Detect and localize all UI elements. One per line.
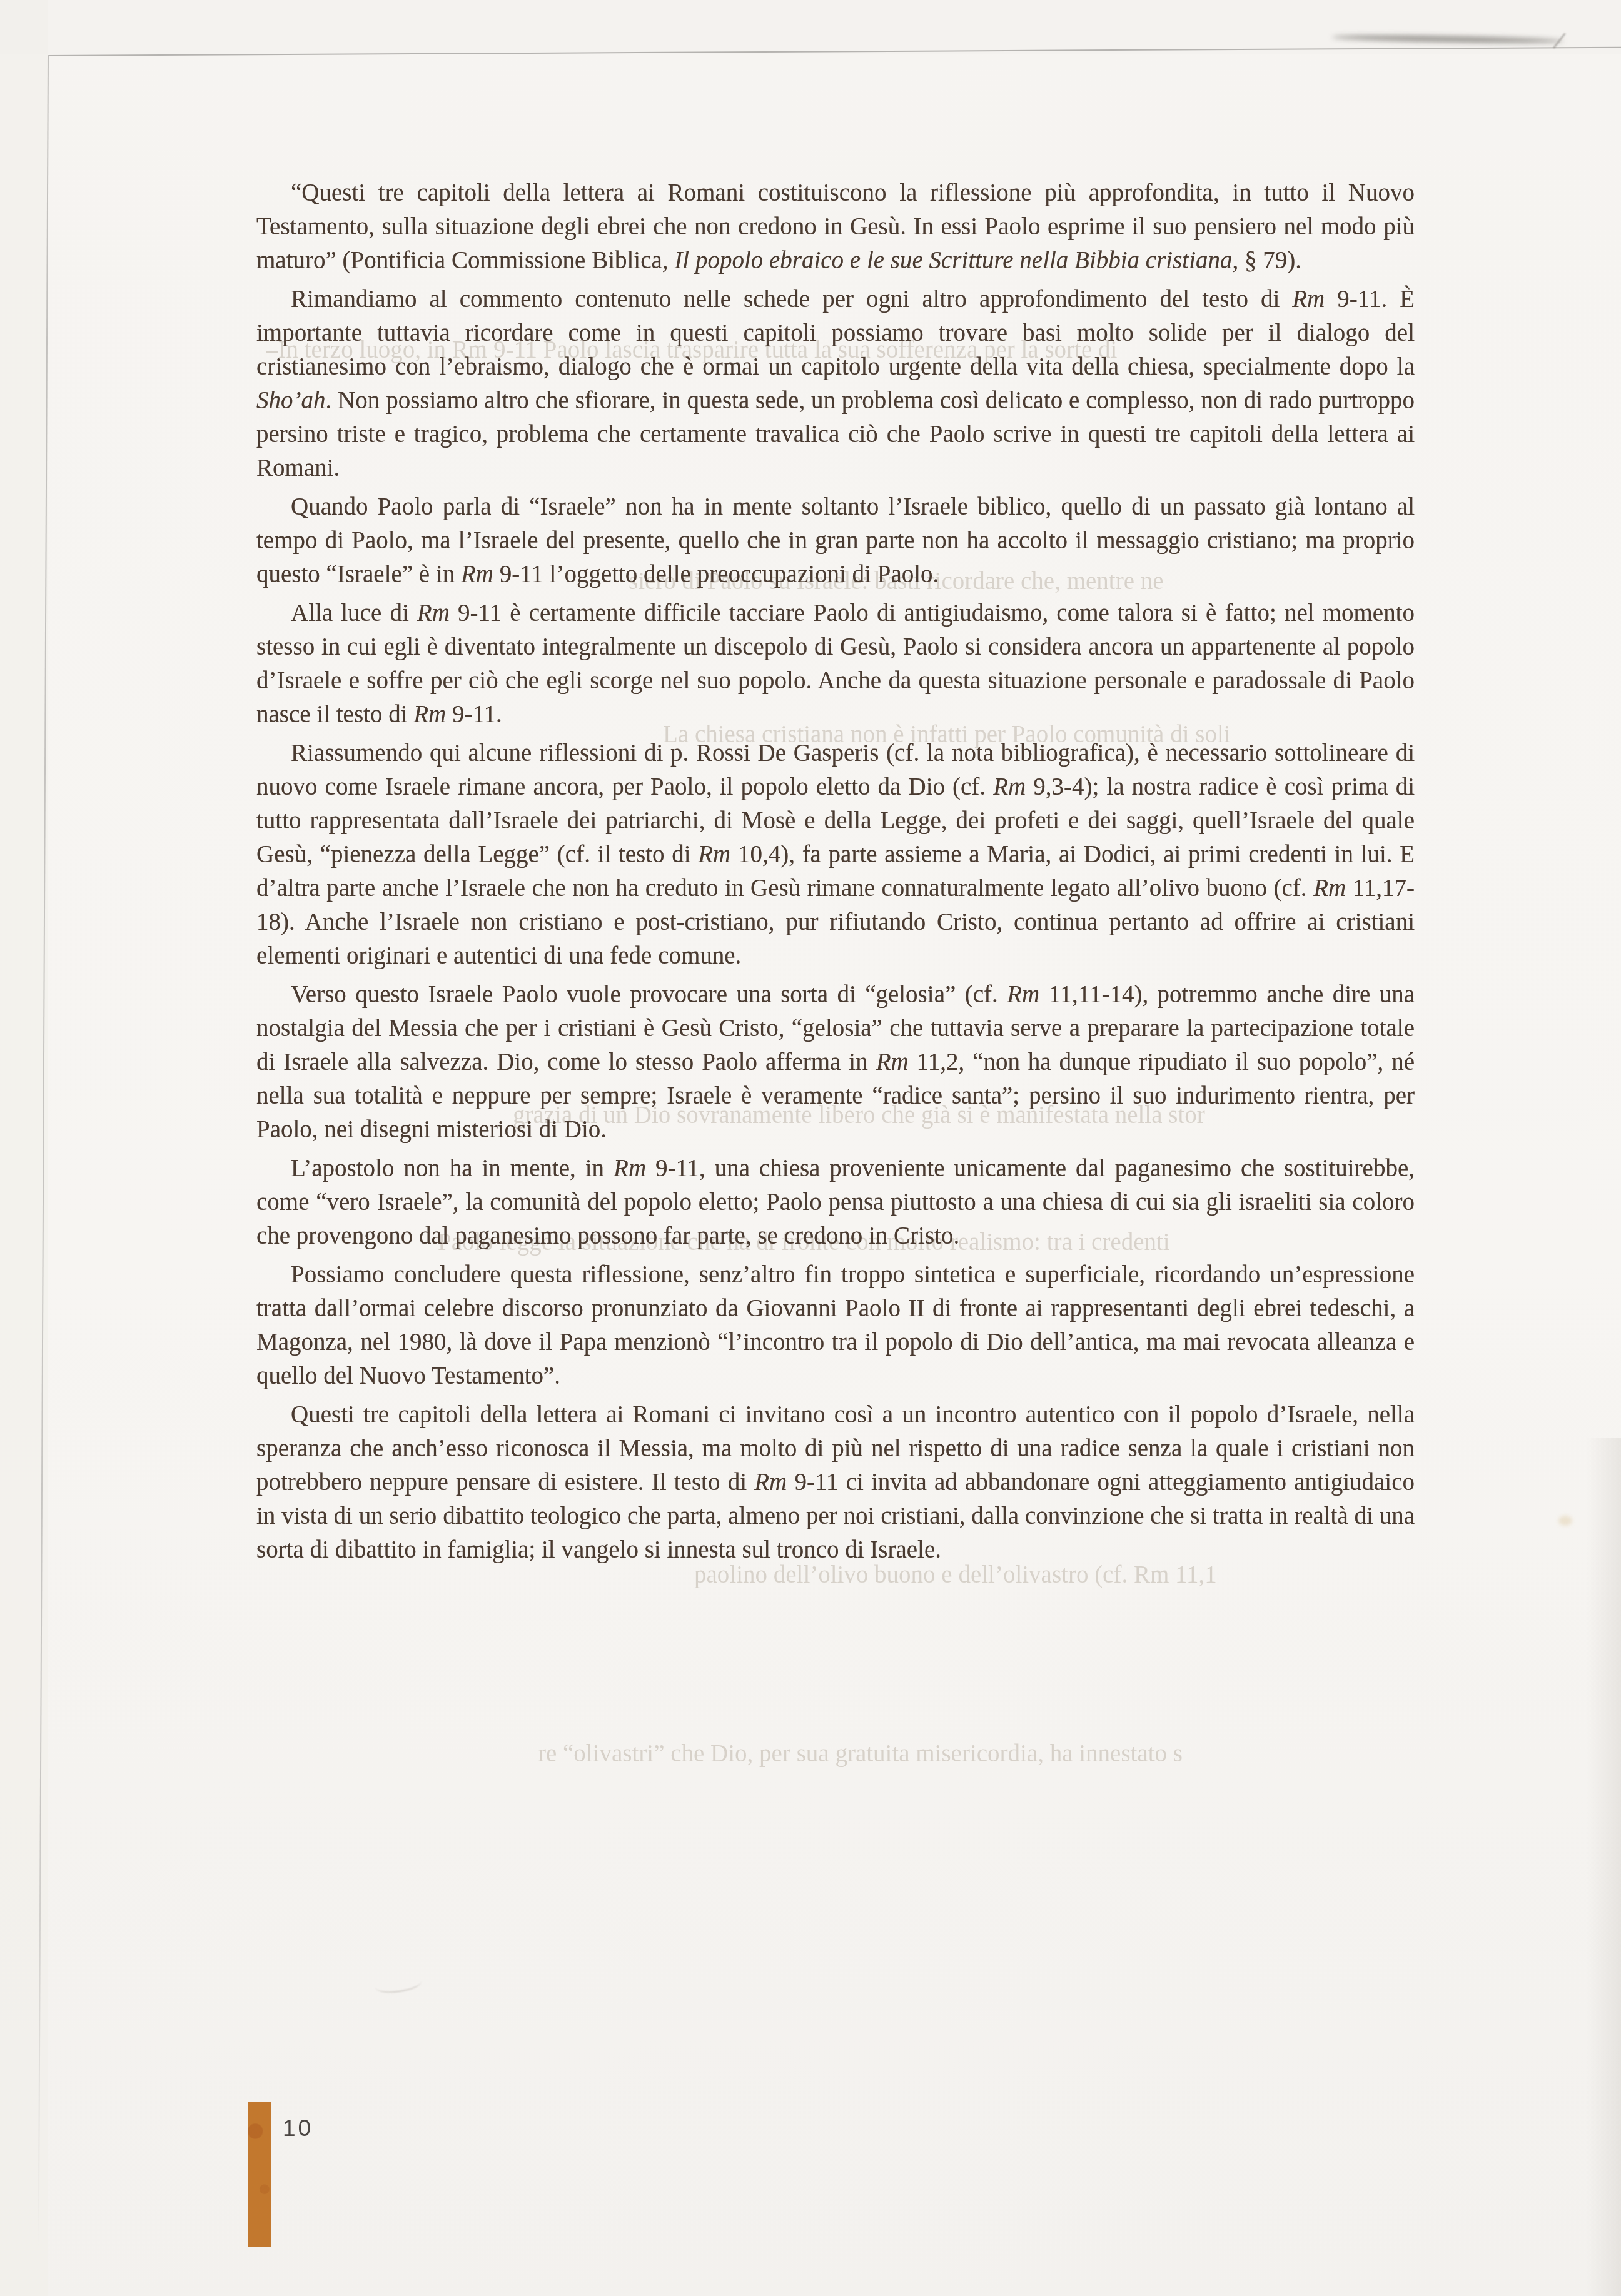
paragraph: Alla luce di Rm 9-11 è certamente diffic… <box>256 597 1415 732</box>
text-run: 9-11. <box>446 701 502 728</box>
italic-run: Rm <box>1292 286 1325 313</box>
text-run: 9-11 l’oggetto delle preoccupazioni di P… <box>493 561 939 588</box>
italic-run: Rm <box>1007 981 1039 1008</box>
text-run: , § 79). <box>1233 247 1302 274</box>
bleedthrough-line: re “olivastri” che Dio, per sua gratuita… <box>538 1737 1183 1771</box>
text-run: Rimandiamo al commento contenuto nelle s… <box>291 286 1292 313</box>
paragraph: Riassumendo qui alcune riflessioni di p.… <box>256 737 1415 973</box>
text-run: Alla luce di <box>291 600 417 627</box>
text-run: L’apostolo non ha in mente, in <box>291 1155 614 1182</box>
paragraph: Possiamo concludere questa riflessione, … <box>256 1258 1415 1393</box>
italic-run: Il popolo ebraico e le sue Scritture nel… <box>674 247 1232 274</box>
paragraph: “Questi tre capitoli della lettera ai Ro… <box>256 176 1415 278</box>
text-run: Possiamo concludere questa riflessione, … <box>256 1261 1415 1389</box>
italic-run: Rm <box>413 701 446 728</box>
italic-run: Rm <box>754 1469 787 1496</box>
paragraph: Rimandiamo al commento contenuto nelle s… <box>256 283 1415 485</box>
italic-run: Rm <box>614 1155 646 1182</box>
paper-smudge <box>1558 1516 1572 1526</box>
italic-run: Rm <box>698 841 730 868</box>
paragraph: Verso questo Israele Paolo vuole provoca… <box>256 978 1415 1147</box>
paragraph: Questi tre capitoli della lettera ai Rom… <box>256 1398 1415 1567</box>
paragraph: L’apostolo non ha in mente, in Rm 9-11, … <box>256 1152 1415 1253</box>
italic-run: Rm <box>1313 875 1346 902</box>
scanned-book-page: –In terzo luogo, in Rm 9-11 Paolo lascia… <box>0 0 1621 2296</box>
italic-run: Sho’ah <box>256 387 326 414</box>
page-number: 10 <box>283 2115 313 2142</box>
italic-run: Rm <box>417 600 450 627</box>
italic-run: Rm <box>993 773 1026 800</box>
paragraph: Quando Paolo parla di “Israele” non ha i… <box>256 490 1415 592</box>
text-run: . Non possiamo altro che sfiorare, in qu… <box>256 387 1415 481</box>
text-run: Verso questo Israele Paolo vuole provoca… <box>291 981 1007 1008</box>
body-text: “Questi tre capitoli della lettera ai Ro… <box>256 176 1415 1572</box>
italic-run: Rm <box>461 561 493 588</box>
italic-run: Rm <box>876 1049 909 1075</box>
accent-bar <box>248 2102 271 2247</box>
